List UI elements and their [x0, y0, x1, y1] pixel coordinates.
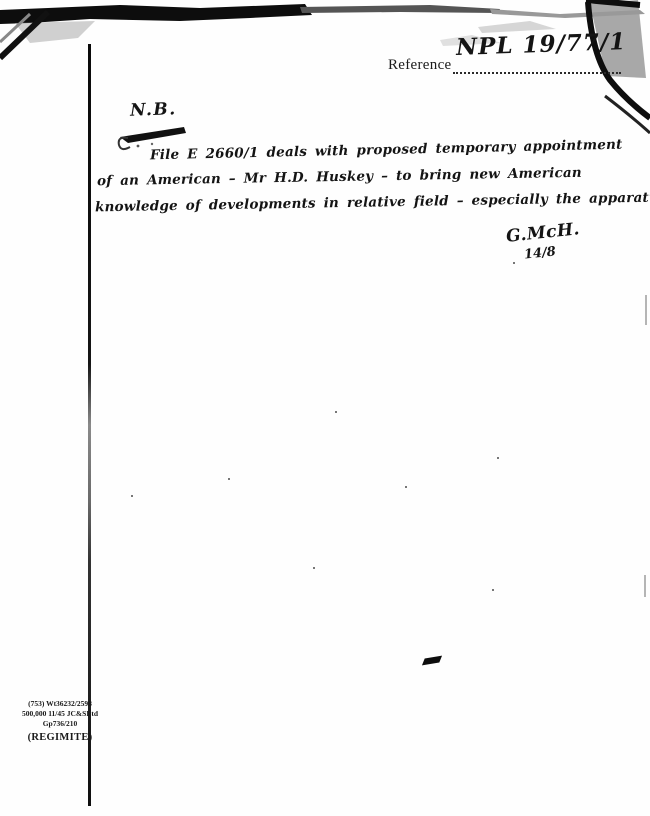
- note-line: File E 2660/1 deals with proposed tempor…: [150, 137, 623, 164]
- reference-dotted-line: [453, 58, 621, 74]
- printers-imprint: (753) Wt36232/2598 500,000 11/45 JC&SLtd…: [14, 699, 106, 745]
- reference-row: Reference: [388, 57, 621, 74]
- reference-label: Reference: [388, 57, 451, 74]
- signature-date: 14/8: [523, 244, 556, 262]
- scan-speck: [492, 589, 494, 591]
- imprint-line: Gp736/210: [14, 719, 106, 729]
- ink-blot-artifact: [422, 656, 442, 666]
- scan-speck: [497, 457, 499, 459]
- scan-speck: [513, 262, 515, 264]
- scan-speck: [313, 567, 315, 569]
- scan-speck: [131, 495, 133, 497]
- note-heading: N.B.: [130, 99, 177, 121]
- regimite-stamp: (REGIMITE): [14, 731, 106, 745]
- scan-streak: [645, 295, 647, 325]
- note-line: knowledge of developments in relative fi…: [95, 189, 650, 216]
- scanned-document-page: NPL 19/77/1 Reference N.B. File E 2660/1…: [0, 0, 650, 816]
- scan-speck: [335, 411, 337, 413]
- scan-streak: [644, 575, 646, 597]
- imprint-line: 500,000 11/45 JC&SLtd: [14, 709, 106, 719]
- scan-speck: [405, 486, 407, 488]
- left-margin-fold-line: [88, 44, 91, 806]
- note-line: of an American – Mr H.D. Huskey – to bri…: [97, 165, 582, 189]
- imprint-line: (753) Wt36232/2598: [14, 699, 106, 709]
- signature-initials: G.McH.: [505, 219, 581, 247]
- scan-speck: [228, 478, 230, 480]
